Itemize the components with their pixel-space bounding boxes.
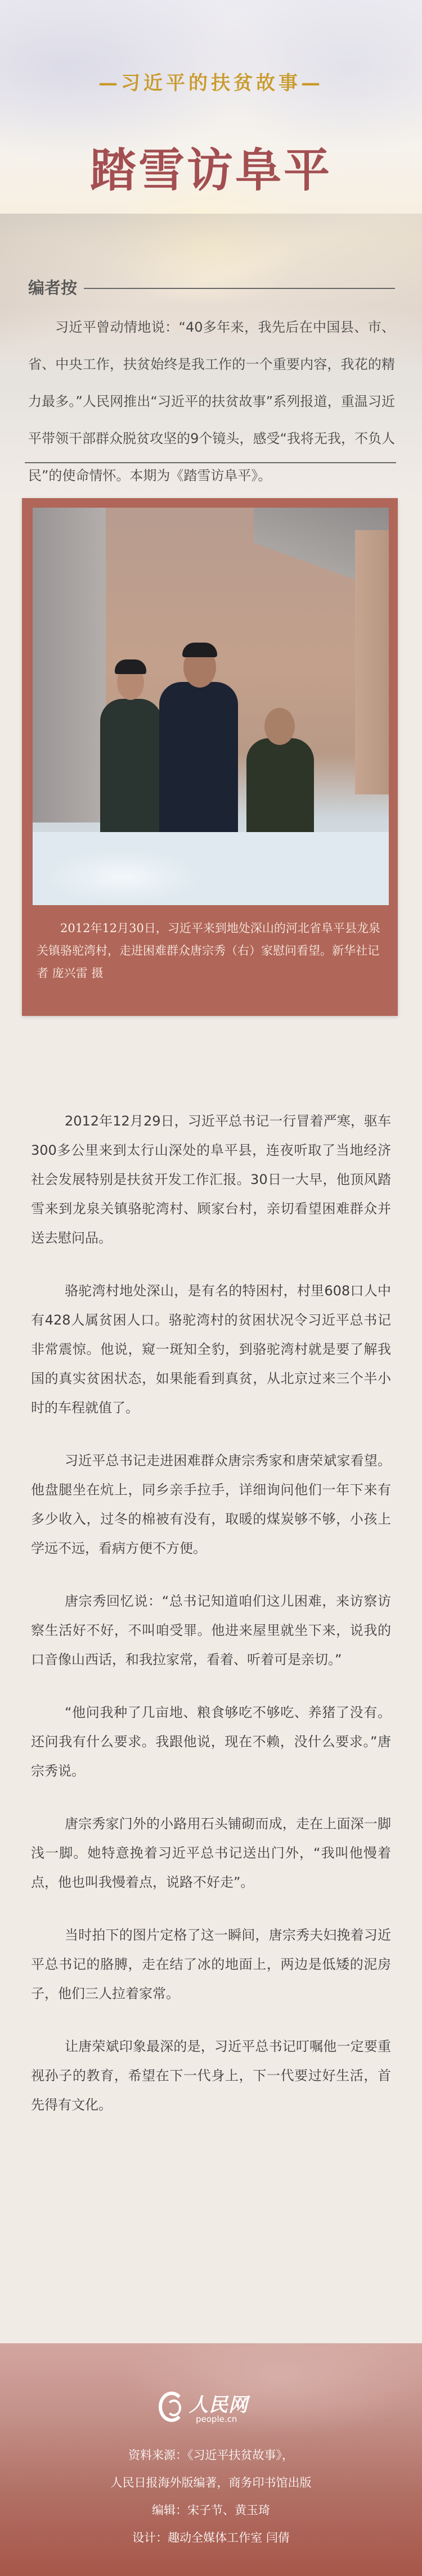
people-cn-logo[interactable]: 人民网 people.cn xyxy=(158,2389,270,2426)
hair xyxy=(182,643,217,657)
article-paragraph: 当时拍下的图片定格了这一瞬间，唐宗秀夫妇挽着习近平总书记的胳膊，走在结了冰的地面… xyxy=(31,1920,391,2008)
page: —习近平的扶贫故事— 踏雪访阜平 编者按 习近平曾动情地说：“40多年来，我先后… xyxy=(0,0,422,2576)
footer: 人民网 people.cn 资料来源：《习近平扶贫故事》， 人民日报海外版编著，… xyxy=(0,2343,422,2576)
article-paragraph: 让唐荣斌印象最深的是，习近平总书记叮嘱他一定要重视孙子的教育，希望在下一代身上，… xyxy=(31,2032,391,2119)
editor-note-label: 编者按 xyxy=(28,275,77,299)
editor-note: 编者按 习近平曾动情地说：“40多年来，我先后在中国县、市、省、中央工作，扶贫始… xyxy=(28,275,395,494)
head xyxy=(264,708,295,745)
editor-note-text: 习近平曾动情地说：“40多年来，我先后在中国县、市、省、中央工作，扶贫始终是我工… xyxy=(28,309,395,494)
credits: 资料来源：《习近平扶贫故事》， 人民日报海外版编著，商务印书馆出版 编辑：宋子节… xyxy=(0,2442,422,2552)
page-title: 踏雪访阜平 xyxy=(0,134,422,200)
news-photo xyxy=(33,508,389,905)
photo-caption: 2012年12月30日，习近平来到地处深山的河北省阜平县龙泉关镇骆驼湾村，走进困… xyxy=(37,917,385,984)
divider xyxy=(25,462,396,463)
divider xyxy=(84,288,395,289)
logo-text-en: people.cn xyxy=(196,2414,237,2424)
credit-editors: 编辑：宋子节、黄玉琦 xyxy=(0,2497,422,2524)
credit-source: 资料来源：《习近平扶贫故事》， xyxy=(0,2442,422,2469)
article-paragraph: 唐宗秀家门外的小路用石头铺砌而成，走在上面深一脚浅一脚。她特意挽着习近平总书记送… xyxy=(31,1809,391,1897)
mud-wall xyxy=(33,508,106,822)
article-paragraph: 2012年12月29日，习近平总书记一行冒着严寒，驱车300多公里来到太行山深处… xyxy=(31,1106,391,1253)
credit-design: 设计：趣动全媒体工作室 闫倩 xyxy=(0,2524,422,2552)
article-paragraph: 唐宗秀回忆说：“总书记知道咱们这儿困难，来访察访察生活好不好，不叫咱受罪。他进来… xyxy=(31,1587,391,1674)
snow-ground xyxy=(33,832,389,905)
people-logo-icon xyxy=(159,2392,185,2422)
article-paragraph: 骆驼湾村地处深山，是有名的特困村，村里608口人中有428人属贫困人口。骆驼湾村… xyxy=(31,1276,391,1422)
mud-wall xyxy=(355,530,389,794)
logo-text-cn: 人民网 xyxy=(189,2389,248,2417)
article-body: 2012年12月29日，习近平总书记一行冒着严寒，驱车300多公里来到太行山深处… xyxy=(31,1106,391,2143)
credit-publisher: 人民日报海外版编著，商务印书馆出版 xyxy=(0,2469,422,2497)
article-paragraph: 习近平总书记走进困难群众唐宗秀家和唐荣斌家看望。他盘腿坐在炕上，同乡亲手拉手，详… xyxy=(31,1446,391,1563)
photo-card: 2012年12月30日，习近平来到地处深山的河北省阜平县龙泉关镇骆驼湾村，走进困… xyxy=(22,498,398,1016)
series-title: —习近平的扶贫故事— xyxy=(0,67,422,95)
editor-note-header: 编者按 xyxy=(28,275,395,299)
cap xyxy=(115,659,146,674)
article-paragraph: “他问我种了几亩地、粮食够吃不够吃、养猪了没有。还问我有什么要求。我跟他说，现在… xyxy=(31,1698,391,1786)
